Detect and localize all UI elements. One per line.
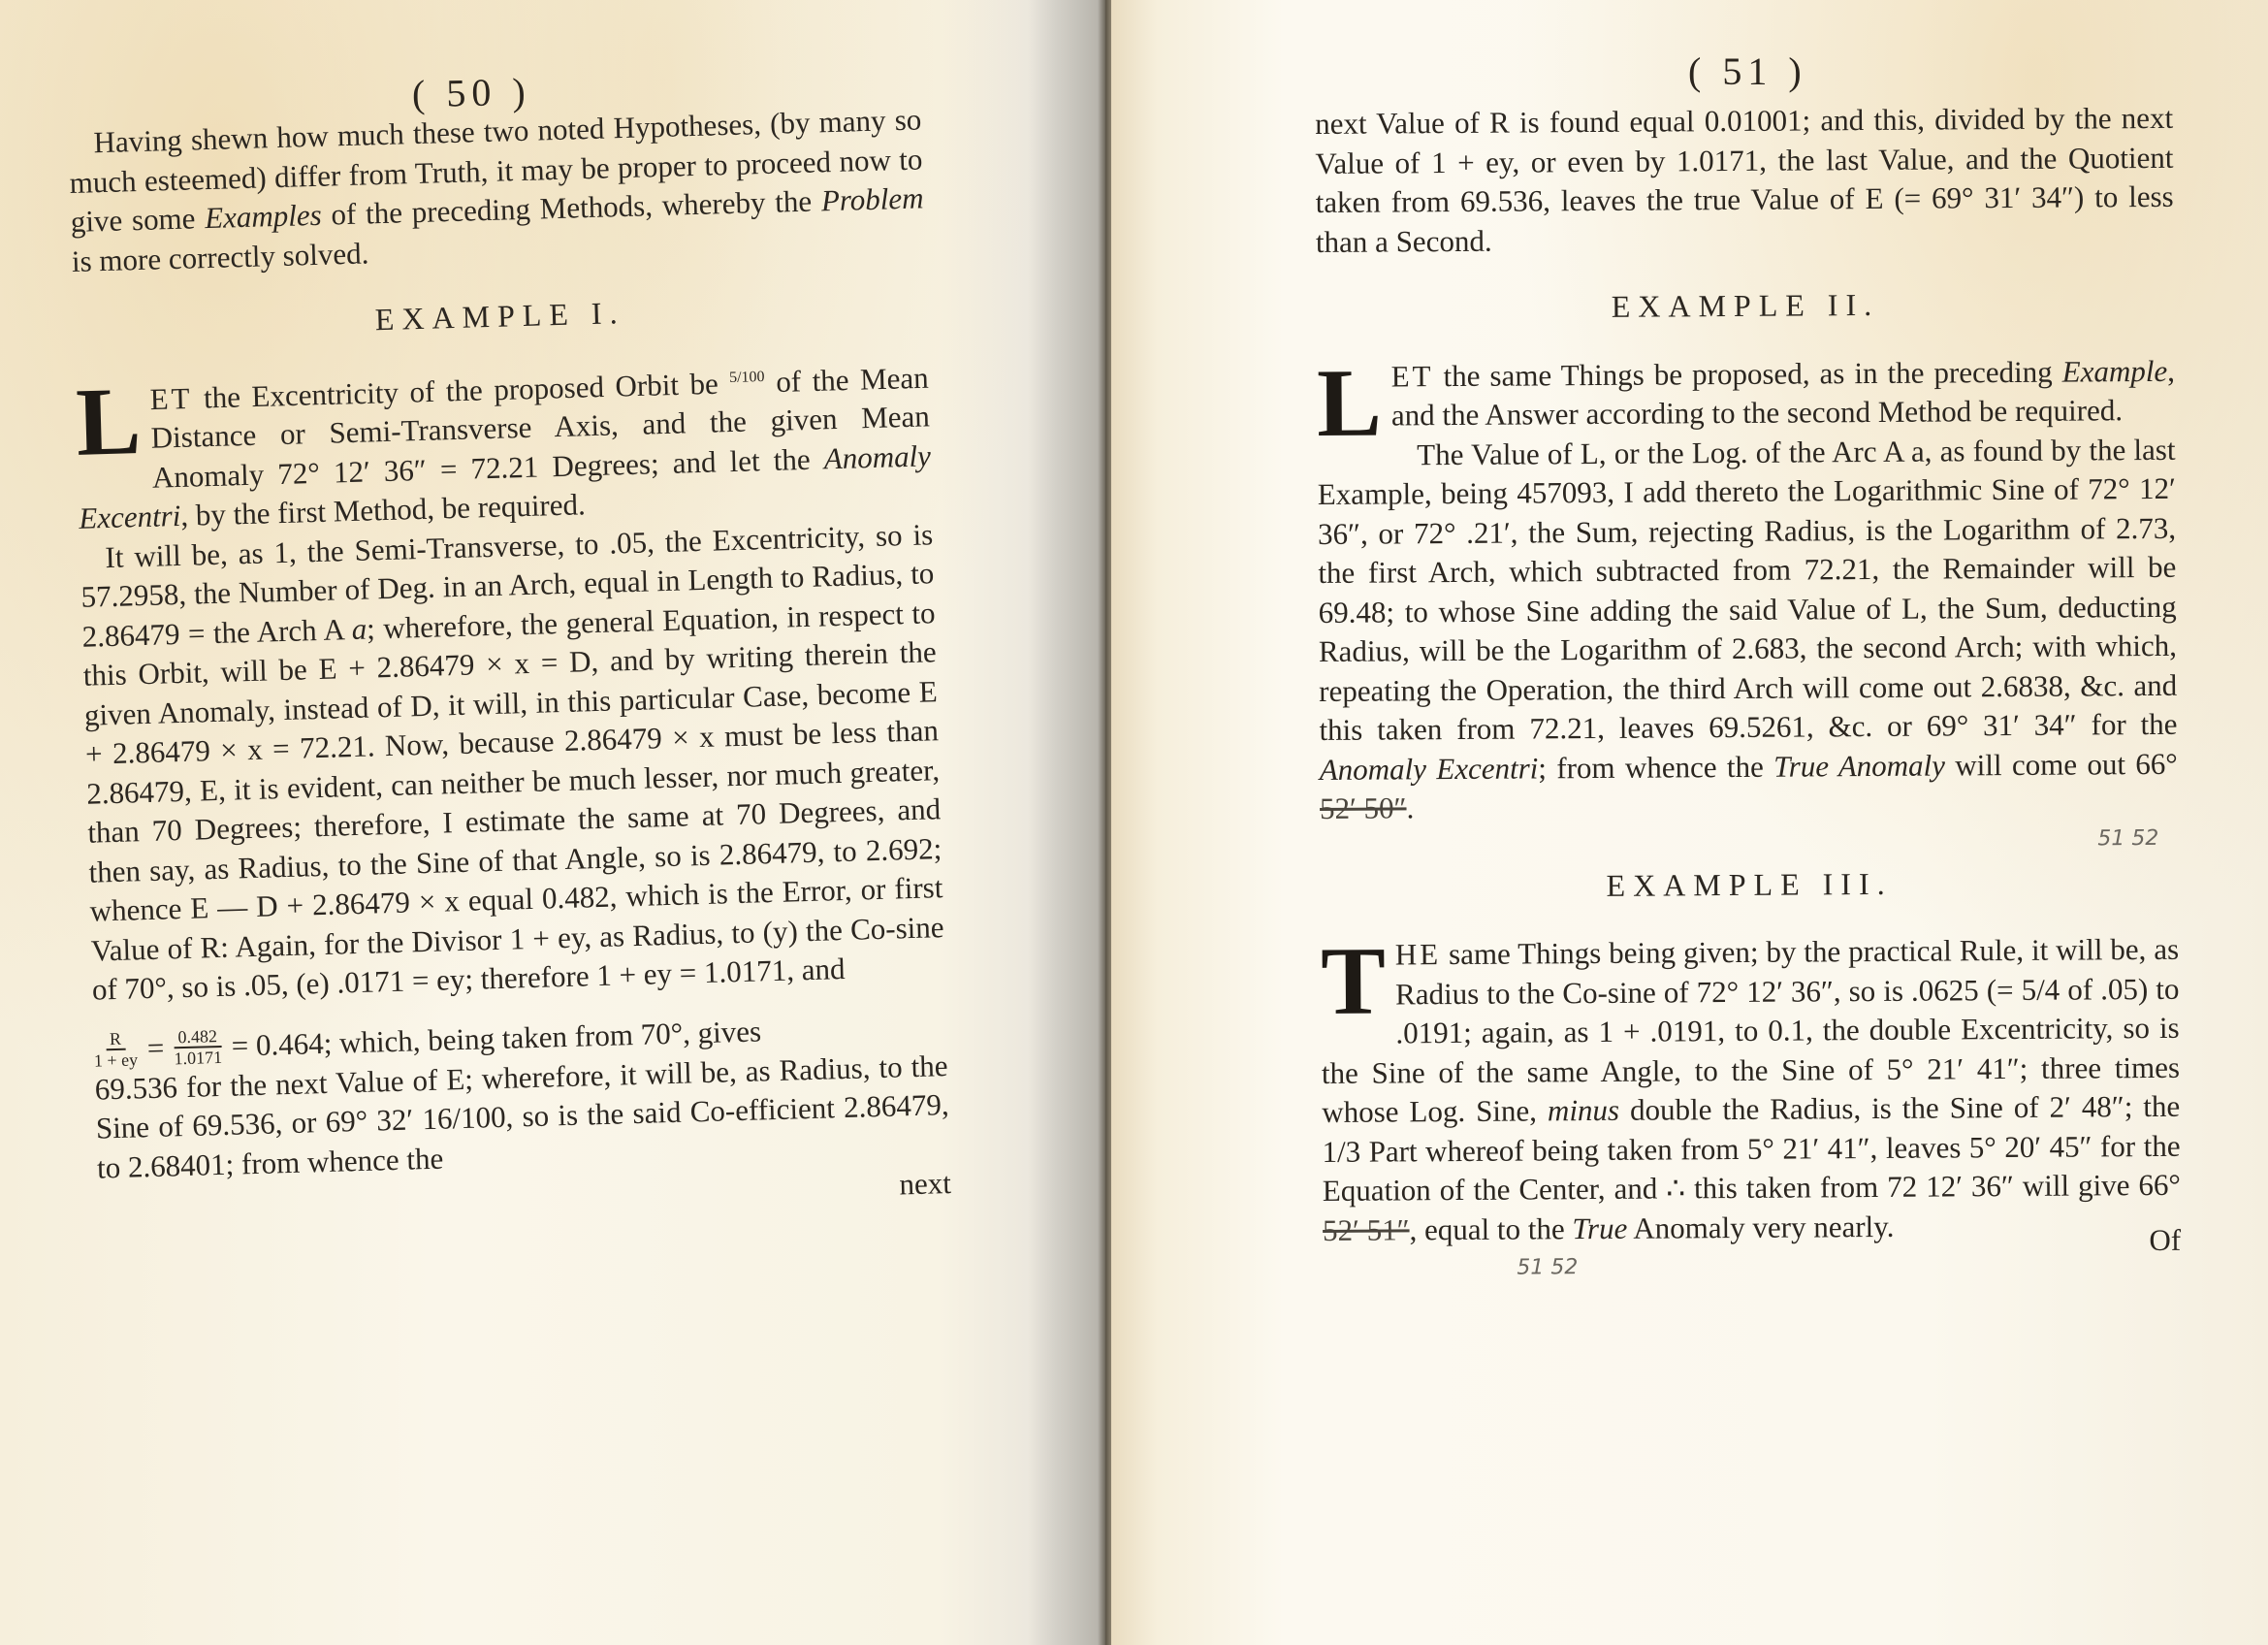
text: . bbox=[1406, 790, 1414, 824]
italic-term: minus bbox=[1548, 1093, 1619, 1128]
text: the same Things be proposed, as in the p… bbox=[1433, 354, 2061, 393]
text: 69.536 for the next Value of E; wherefor… bbox=[94, 1048, 949, 1185]
fraction: 5/100 bbox=[729, 369, 765, 386]
numerator: 0.482 bbox=[174, 1026, 221, 1048]
text: is more correctly solved. bbox=[71, 236, 368, 278]
section-heading: EXAMPLE III. bbox=[1320, 861, 2178, 907]
italic-term: a bbox=[351, 611, 367, 645]
denominator: 1 + ey bbox=[94, 1049, 139, 1070]
book-spread: ( 50 ) Having shewn how much these two n… bbox=[0, 0, 2268, 1645]
catchword: Of bbox=[2149, 1221, 2181, 1261]
drop-cap: L bbox=[75, 381, 142, 463]
italic-term: Examples bbox=[205, 198, 322, 235]
example-1-continuation: 69.536 for the next Value of E; wherefor… bbox=[94, 1047, 950, 1188]
numerator: R bbox=[106, 1029, 126, 1051]
italic-term: Problem bbox=[820, 180, 924, 217]
example-1-calculation: It will be, as 1, the Semi-Transverse, t… bbox=[80, 515, 945, 1010]
text: ; from whence the bbox=[1538, 749, 1773, 785]
section-heading: EXAMPLE II. bbox=[1316, 283, 2174, 329]
struck-value: 52′ 50″ bbox=[1320, 790, 1407, 825]
drop-cap: T bbox=[1321, 942, 1386, 1021]
example-3-paragraph: THE same Things being given; by the prac… bbox=[1321, 930, 2181, 1250]
struck-value: 52′ 51″ bbox=[1323, 1212, 1410, 1247]
text: of the preceding Methods, whereby the bbox=[321, 183, 821, 231]
handwritten-correction: 51 52 bbox=[2097, 825, 2158, 850]
page-number: ( 50 ) bbox=[412, 69, 532, 117]
left-page: ( 50 ) Having shewn how much these two n… bbox=[0, 0, 1105, 1645]
italic-term: Anomaly Excentri bbox=[1320, 751, 1539, 787]
lead-in: ET bbox=[1391, 359, 1434, 393]
continuation-paragraph: next Value of R is found equal 0.01001; … bbox=[1315, 99, 2174, 262]
denominator: 1.0171 bbox=[174, 1048, 222, 1068]
right-text-block: next Value of R is found equal 0.01001; … bbox=[1315, 99, 2181, 1266]
lead-in: ET bbox=[149, 380, 193, 415]
equals: = bbox=[146, 1028, 165, 1068]
section-heading: EXAMPLE I. bbox=[73, 284, 927, 347]
italic-term: True Anomaly bbox=[1773, 748, 1945, 783]
italic-term: Example bbox=[2062, 353, 2168, 388]
example-1-paragraph: LET the Excentricity of the proposed Orb… bbox=[75, 353, 932, 539]
page-number: ( 51 ) bbox=[1688, 48, 1807, 94]
text: The Value of L, or the Log. of the Arc A… bbox=[1318, 432, 2178, 747]
gutter-shadow bbox=[1028, 0, 1105, 1645]
text: ; wherefore, the general Equation, in re… bbox=[82, 596, 944, 1007]
handwritten-correction: 51 52 bbox=[1517, 1255, 1578, 1279]
text: will come out 66° bbox=[1945, 746, 2178, 782]
example-2-calculation: The Value of L, or the Log. of the Arc A… bbox=[1317, 430, 2178, 828]
fraction-value: 0.4821.0171 bbox=[174, 1026, 223, 1068]
intro-paragraph: Having shewn how much these two noted Hy… bbox=[68, 100, 925, 281]
right-page: ( 51 ) next Value of R is found equal 0.… bbox=[1111, 0, 2268, 1645]
left-text-block: Having shewn how much these two noted Hy… bbox=[68, 100, 951, 1227]
italic-term: True bbox=[1572, 1210, 1627, 1244]
text: , equal to the bbox=[1409, 1211, 1572, 1246]
lead-in: HE bbox=[1395, 937, 1442, 971]
drop-cap: L bbox=[1317, 363, 1382, 442]
text: Anomaly very nearly. bbox=[1627, 1209, 1894, 1244]
fraction-r: R1 + ey bbox=[93, 1028, 138, 1070]
example-2-paragraph: LET the same Things be proposed, as in t… bbox=[1317, 351, 2176, 435]
